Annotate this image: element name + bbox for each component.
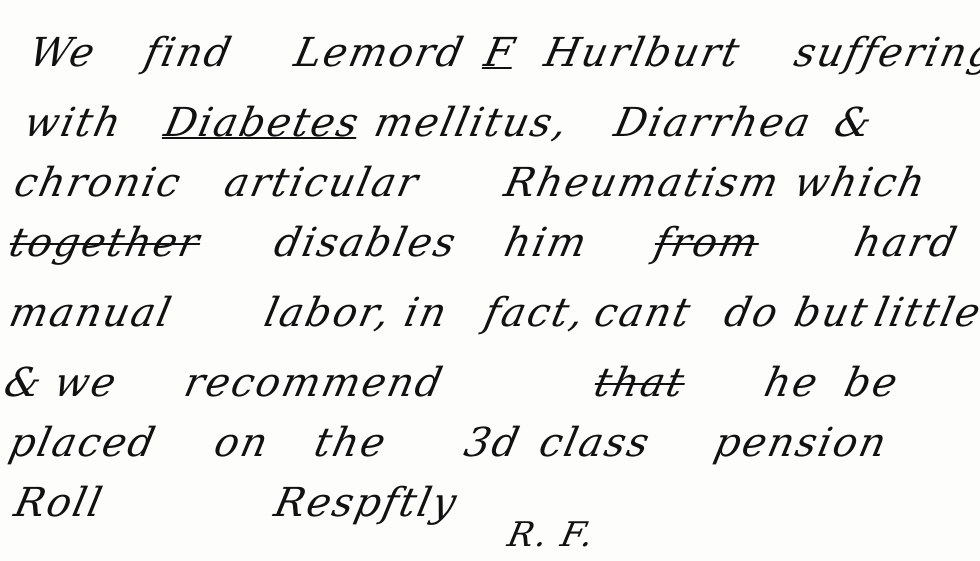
word: Respftly — [270, 480, 462, 526]
word: Diabetes — [160, 100, 364, 146]
word: in — [400, 290, 452, 336]
word: little — [870, 290, 980, 336]
word: labor, — [260, 290, 396, 336]
word: articular — [220, 160, 424, 206]
word-struck: from — [650, 220, 764, 266]
word: be — [840, 360, 903, 406]
word: do — [720, 290, 783, 336]
signature: R. F. — [504, 515, 599, 555]
word: find — [140, 30, 237, 76]
word: mellitus, — [370, 100, 573, 146]
word: with — [20, 100, 127, 146]
word: F — [480, 30, 520, 76]
word-struck: together — [5, 220, 205, 266]
word: Roll — [10, 480, 108, 526]
word: he — [760, 360, 823, 406]
word: Hurlburt — [540, 30, 745, 76]
word: the — [310, 420, 391, 466]
word: placed — [5, 420, 161, 466]
word: which — [790, 160, 931, 206]
word: Rheumatism — [500, 160, 784, 206]
word: disables — [270, 220, 461, 266]
handwritten-document: We find Lemord F Hurlburt suffering with… — [0, 0, 980, 561]
word: we — [50, 360, 122, 406]
word-struck: that — [590, 360, 690, 406]
word: on — [210, 420, 274, 466]
word: recommend — [180, 360, 448, 406]
word: chronic — [10, 160, 186, 206]
word: class — [535, 420, 655, 466]
word: We — [25, 30, 100, 76]
word: suffering — [790, 30, 980, 76]
word: hard — [850, 220, 962, 266]
word: manual — [5, 290, 177, 336]
word: pension — [710, 420, 892, 466]
word: Lemord — [290, 30, 469, 76]
word: Diarrhea — [610, 100, 816, 146]
word: & — [0, 360, 47, 406]
word: 3d — [460, 420, 525, 466]
word: fact, — [480, 290, 590, 336]
word: & — [830, 100, 877, 146]
word: him — [500, 220, 592, 266]
word: cant — [590, 290, 696, 336]
word: but — [790, 290, 873, 336]
